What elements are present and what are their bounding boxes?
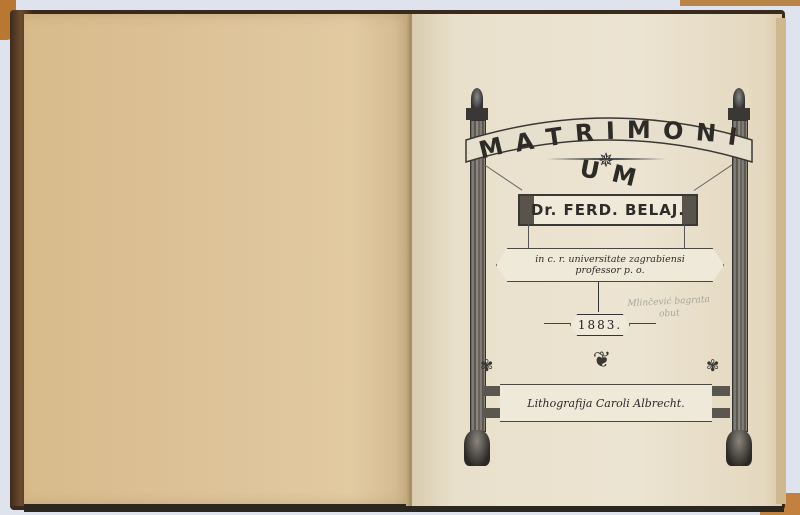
banner-rod <box>712 408 730 418</box>
finial-ornament-icon <box>733 88 745 110</box>
left-page-blank <box>24 14 410 504</box>
affiliation-banner: in c. r. universitate zagrabiensi profes… <box>496 248 724 282</box>
page-stack-edge <box>776 18 786 504</box>
publisher-name: Lithografija Caroli Albrecht. <box>527 397 684 410</box>
star-ornament-icon: ✵ <box>576 142 636 178</box>
author-name: Dr. FERD. BELAJ. <box>531 201 685 219</box>
finial-ornament-icon <box>471 88 483 110</box>
year-hook <box>598 282 599 312</box>
pillar-base <box>726 430 752 466</box>
decorative-line <box>544 323 572 324</box>
foliage-ornament-icon: ✾ <box>706 356 732 380</box>
decorative-line <box>628 323 656 324</box>
foliage-ornament-icon: ✾ <box>480 356 506 380</box>
publisher-banner: Lithografija Caroli Albrecht. <box>500 384 712 422</box>
affiliation-line-1: in c. r. universitate zagrabiensi <box>535 254 684 265</box>
affiliation-line-2: professor p. o. <box>575 265 644 276</box>
table-surface <box>680 0 800 6</box>
title-page-artwork: M A T R I M O N I U M ✵ Dr. FERD. BELAJ.… <box>458 86 758 471</box>
banner-string <box>684 222 685 248</box>
banner-rod <box>712 386 730 396</box>
banner-string <box>528 222 529 248</box>
plant-ornament-icon: ❦ <box>582 348 622 378</box>
pillar-base <box>464 430 490 466</box>
author-banner: Dr. FERD. BELAJ. <box>518 194 698 226</box>
